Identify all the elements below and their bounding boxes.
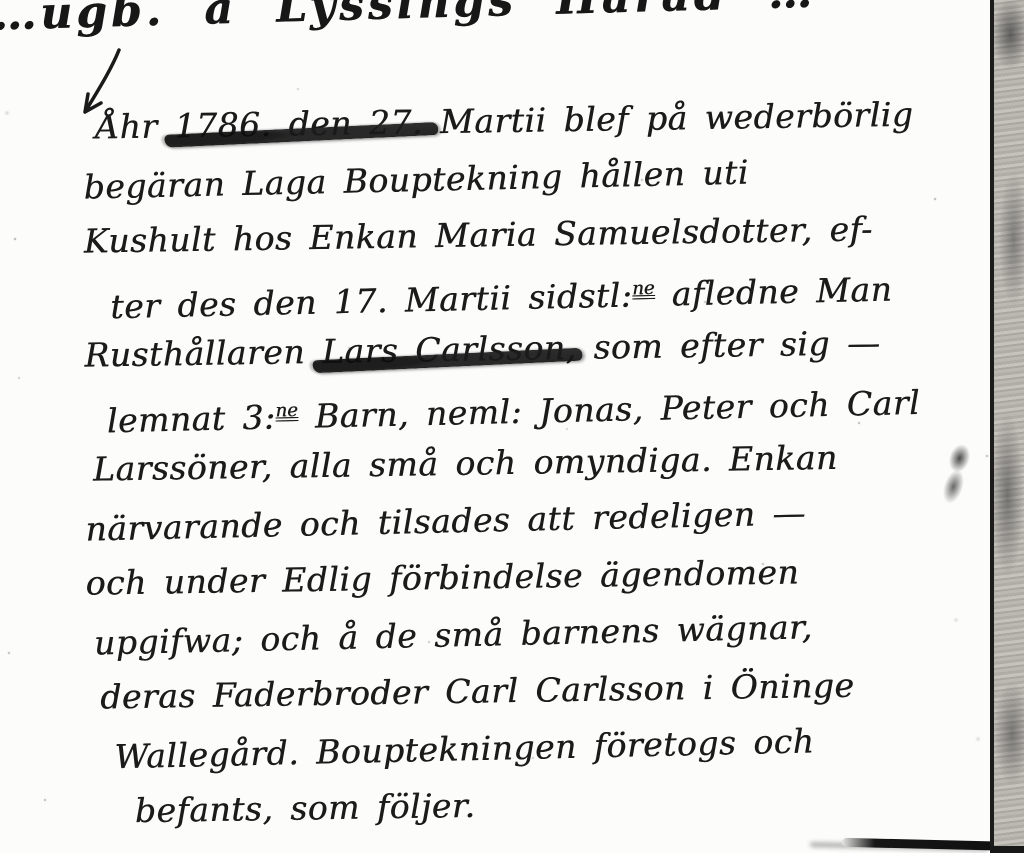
text-segment: Rusthållaren: [84, 332, 322, 375]
text-segment: Åhr: [95, 106, 175, 146]
text-segment: Barn, neml: Jonas, Peter och Carl: [297, 383, 920, 436]
underlined-phrase: 1786. den 27.: [174, 102, 423, 145]
text-segment: lemnat 3:: [106, 398, 276, 441]
handwritten-line: befants, som följer.: [134, 770, 938, 840]
text-segment: , som efter sig —: [565, 323, 881, 367]
text-segment: befants, som följer.: [134, 786, 475, 830]
text-segment: Larssöner, alla små och omyndiga. Enkan: [93, 438, 838, 489]
superscript-abbreviation: ne: [275, 400, 298, 422]
text-segment: afledne Man: [654, 270, 892, 314]
manuscript-text: Åhr 1786. den 27. Martii blef på wederbö…: [83, 90, 938, 853]
page-edge-binding: [990, 0, 1024, 853]
superscript-abbreviation: ne: [632, 278, 655, 300]
paper-noise: [0, 0, 2, 2]
text-segment: Martii blef på wederbörlig: [423, 95, 914, 142]
underlined-phrase: Lars Carlsson: [322, 328, 566, 371]
text-segment: Wallegård. Bouptekningen företogs och: [114, 721, 815, 776]
text-segment: upgifwa; och å de små barnens wägnar,: [94, 607, 813, 662]
text-segment: och under Edlig förbindelse ägendomen: [85, 552, 799, 602]
manuscript-page: …ugb. a Lyssings Härad … Åhr 1786. den 2…: [0, 0, 1024, 853]
text-segment: deras Faderbroder Carl Carlsson i Öninge: [100, 666, 855, 717]
text-segment: begäran Laga Bouptekning hållen uti: [83, 153, 749, 207]
top-cutoff-line: …ugb. a Lyssings Härad …: [0, 0, 973, 41]
ink-smudge: [932, 439, 980, 509]
text-segment: närvarande och tilsades att redeligen —: [85, 493, 806, 548]
text-segment: Kushult hos Enkan Maria Samuelsdotter, e…: [84, 209, 873, 260]
